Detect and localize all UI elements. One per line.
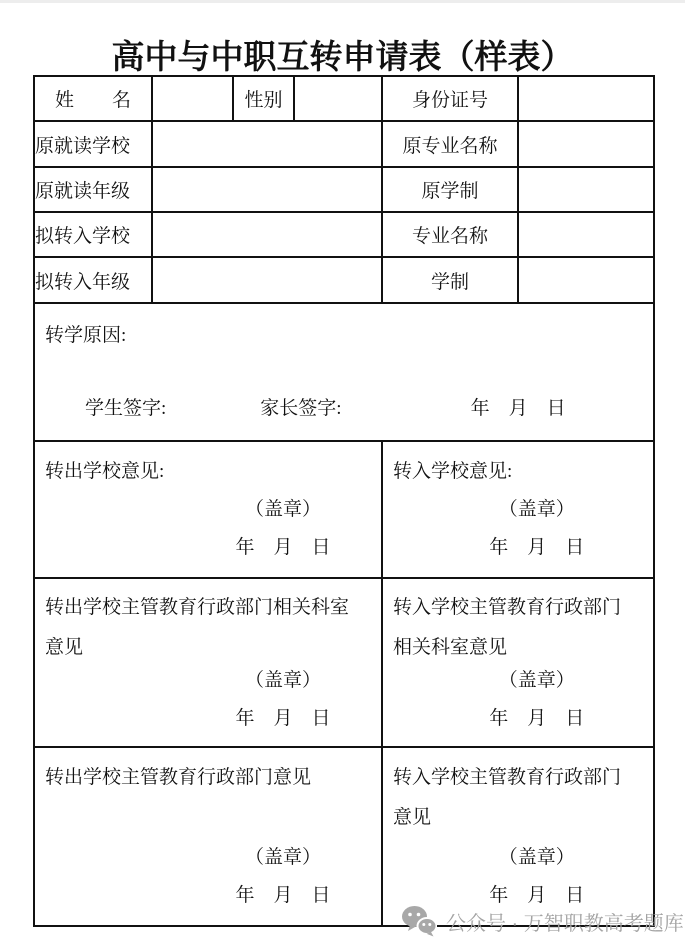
target-duration-label: 学制 <box>382 257 518 303</box>
stamp-label: （盖章） <box>431 497 644 523</box>
original-school-label: 原就读学校 <box>34 121 152 167</box>
original-grade-label: 原就读年级 <box>34 167 152 212</box>
watermark-text: 公众号 · 万智职教高考题库 <box>446 907 684 936</box>
date-label: 年 月 日 <box>431 535 644 561</box>
stamp-label: （盖章） <box>195 497 371 523</box>
signature-date-label: 年 月 日 <box>471 393 566 420</box>
original-school-input-cell <box>152 121 382 167</box>
table-row: 原就读年级 原学制 <box>34 167 654 212</box>
wechat-icon <box>401 905 437 937</box>
incoming-department-opinion-label: 转入学校主管教育行政部门 意见 <box>393 758 643 838</box>
date-label: 年 月 日 <box>431 706 644 732</box>
page-title: 高中与中职互转申请表（样表） <box>0 31 685 78</box>
department-opinion-row: 转出学校主管教育行政部门意见 （盖章） 年 月 日 转入学校主管教育行政部门 意… <box>34 747 654 926</box>
target-school-input-cell <box>152 212 382 257</box>
watermark: 公众号 · 万智职教高考题库 <box>401 905 684 937</box>
target-duration-input-cell <box>518 257 654 303</box>
target-school-label: 拟转入学校 <box>34 212 152 257</box>
stamp-label: （盖章） <box>195 668 371 694</box>
name-input-cell <box>152 76 233 121</box>
outgoing-school-opinion-cell: 转出学校意见: （盖章） 年 月 日 <box>34 441 382 578</box>
department-office-opinion-row: 转出学校主管教育行政部门相关科室 意见 （盖章） 年 月 日 转入学校主管教育行… <box>34 578 654 747</box>
transfer-reason-row: 转学原因: 学生签字: 家长签字: 年 月 日 <box>34 303 654 441</box>
outgoing-department-office-opinion-cell: 转出学校主管教育行政部门相关科室 意见 （盖章） 年 月 日 <box>34 578 382 747</box>
incoming-department-opinion-cell: 转入学校主管教育行政部门 意见 （盖章） 年 月 日 <box>382 747 654 926</box>
incoming-department-office-opinion-cell: 转入学校主管教育行政部门 相关科室意见 （盖章） 年 月 日 <box>382 578 654 747</box>
incoming-school-opinion-cell: 转入学校意见: （盖章） 年 月 日 <box>382 441 654 578</box>
outgoing-department-office-opinion-label: 转出学校主管教育行政部门相关科室 意见 <box>45 588 371 668</box>
date-label: 年 月 日 <box>195 535 371 561</box>
date-label: 年 月 日 <box>195 706 371 732</box>
outgoing-school-opinion-label: 转出学校意见: <box>45 452 371 492</box>
document-page: 高中与中职互转申请表（样表） 姓 名 性别 身份证号 原就读学校 原专业名称 <box>0 0 685 950</box>
stamp-label: （盖章） <box>195 845 371 871</box>
incoming-school-opinion-label: 转入学校意见: <box>393 452 643 492</box>
outgoing-department-opinion-cell: 转出学校主管教育行政部门意见 （盖章） 年 月 日 <box>34 747 382 926</box>
school-opinion-row: 转出学校意见: （盖章） 年 月 日 转入学校意见: （盖章） 年 月 日 <box>34 441 654 578</box>
original-major-label: 原专业名称 <box>382 121 518 167</box>
date-label: 年 月 日 <box>195 883 371 909</box>
original-duration-label: 原学制 <box>382 167 518 212</box>
transfer-reason-label: 转学原因: <box>45 320 643 347</box>
stamp-label: （盖章） <box>431 668 644 694</box>
transfer-application-table: 姓 名 性别 身份证号 原就读学校 原专业名称 原就读年级 原学制 拟 <box>33 75 655 927</box>
table-row: 拟转入年级 学制 <box>34 257 654 303</box>
gender-label: 性别 <box>233 76 294 121</box>
id-number-input-cell <box>518 76 654 121</box>
incoming-department-office-opinion-label: 转入学校主管教育行政部门 相关科室意见 <box>393 588 643 668</box>
table-row: 拟转入学校 专业名称 <box>34 212 654 257</box>
original-major-input-cell <box>518 121 654 167</box>
name-label: 姓 名 <box>34 76 152 121</box>
original-duration-input-cell <box>518 167 654 212</box>
id-number-label: 身份证号 <box>382 76 518 121</box>
target-grade-label: 拟转入年级 <box>34 257 152 303</box>
table-row: 原就读学校 原专业名称 <box>34 121 654 167</box>
target-major-label: 专业名称 <box>382 212 518 257</box>
student-signature-label: 学生签字: <box>85 393 166 420</box>
table-row: 姓 名 性别 身份证号 <box>34 76 654 121</box>
target-major-input-cell <box>518 212 654 257</box>
outgoing-department-opinion-label: 转出学校主管教育行政部门意见 <box>45 758 371 798</box>
original-grade-input-cell <box>152 167 382 212</box>
gender-input-cell <box>294 76 382 121</box>
target-grade-input-cell <box>152 257 382 303</box>
transfer-reason-cell: 转学原因: 学生签字: 家长签字: 年 月 日 <box>34 303 654 441</box>
stamp-label: （盖章） <box>431 845 644 871</box>
parent-signature-label: 家长签字: <box>260 393 341 420</box>
